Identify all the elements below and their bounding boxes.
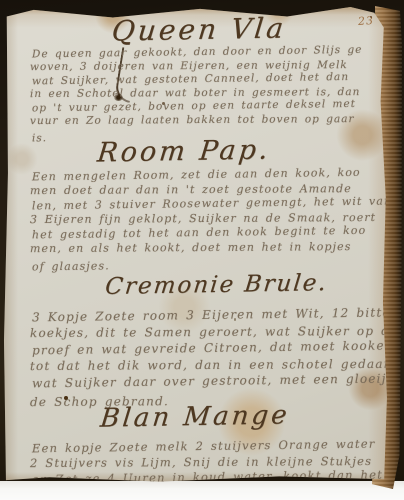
- manuscript-line: vuur en Zo laag laaten bakken tot boven …: [30, 112, 378, 128]
- recipe-text-room-pap: Een mengelen Room, zet die aan den kook,…: [30, 168, 378, 273]
- manuscript-page: 23 Queen Vla De queen gaar gekookt, dan …: [2, 6, 398, 484]
- white-background-strip: [0, 481, 404, 500]
- recipe-text-cremonie-brule: 3 Kopje Zoete room 3 Eijeren met Wit, 12…: [30, 307, 378, 409]
- manuscript-line: men, en als het kookt, doet men het in k…: [30, 239, 378, 256]
- recipe-title-blan-mange: Blan Mange: [88, 400, 302, 434]
- recipe-title-room-pap: Room Pap.: [72, 134, 296, 169]
- recipe-text-queen-vla: De queen gaar gekookt, dan door en door …: [30, 46, 378, 144]
- recipe-text-blan-mange: Een kopje Zoete melk 2 stuijvers Orange …: [30, 439, 378, 486]
- recipe-title-queen-vla: Queen Vla: [92, 11, 306, 48]
- ink-speck: [370, 16, 372, 18]
- photograph-of-manuscript: 23 Queen Vla De queen gaar gekookt, dan …: [0, 0, 404, 500]
- recipe-title-cremonie-brule: Cremonie Brule.: [102, 270, 330, 300]
- manuscript-line: wat Suijker daar over gestrooit, met een…: [32, 371, 380, 392]
